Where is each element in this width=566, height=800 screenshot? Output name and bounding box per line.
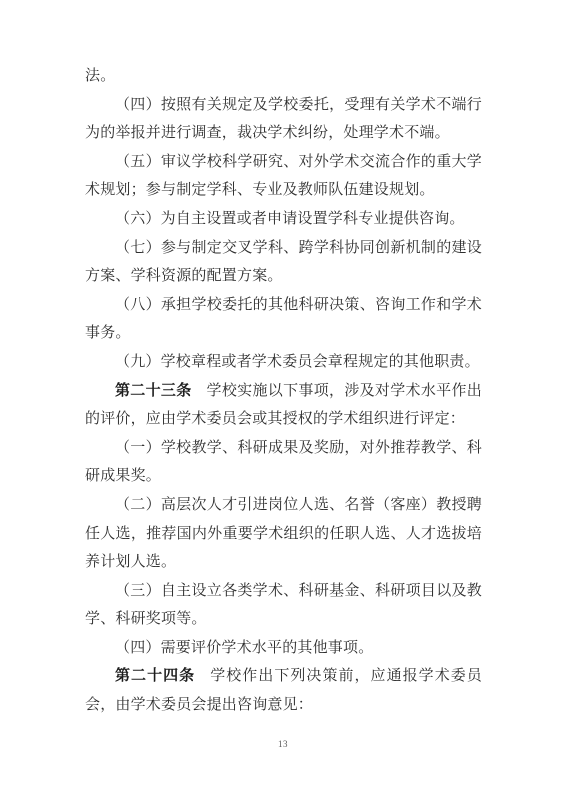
paragraph: （八）承担学校委托的其他科研决策、咨询工作和学术事务。 — [85, 291, 482, 348]
paragraph: （六）为自主设置或者申请设置学科专业提供咨询。 — [85, 205, 482, 234]
page-number: 13 — [0, 739, 566, 749]
paragraph-text: （六）为自主设置或者申请设置学科专业提供咨询。 — [115, 211, 465, 227]
paragraph-text: （七）参与制定交叉学科、跨学科协同创新机制的建设方案、学科资源的配置方案。 — [85, 240, 482, 285]
paragraph-text: 法。 — [85, 68, 115, 84]
article-number: 第二十三条 — [115, 383, 192, 399]
paragraph: （二）高层次人才引进岗位人选、名誉（客座）教授聘任人选，推荐国内外重要学术组织的… — [85, 491, 482, 577]
paragraph: （七）参与制定交叉学科、跨学科协同创新机制的建设方案、学科资源的配置方案。 — [85, 234, 482, 291]
article-number: 第二十四条 — [115, 668, 195, 684]
paragraph-text: （四）需要评价学术水平的其他事项。 — [115, 640, 373, 656]
paragraph: （四）需要评价学术水平的其他事项。 — [85, 634, 482, 663]
document-page: 法。 （四）按照有关规定及学校委托，受理有关学术不端行为的举报并进行调查，裁决学… — [0, 0, 566, 800]
paragraph: （五）审议学校科学研究、对外学术交流合作的重大学术规划；参与制定学科、专业及教师… — [85, 148, 482, 205]
paragraph-text: （八）承担学校委托的其他科研决策、咨询工作和学术事务。 — [85, 297, 482, 342]
paragraph-text: （四）按照有关规定及学校委托，受理有关学术不端行为的举报并进行调查，裁决学术纠纷… — [85, 97, 482, 142]
paragraph-text: （五）审议学校科学研究、对外学术交流合作的重大学术规划；参与制定学科、专业及教师… — [85, 154, 482, 199]
document-content: 法。 （四）按照有关规定及学校委托，受理有关学术不端行为的举报并进行调查，裁决学… — [85, 62, 482, 720]
paragraph: 法。 — [85, 62, 482, 91]
paragraph: （四）按照有关规定及学校委托，受理有关学术不端行为的举报并进行调查，裁决学术纠纷… — [85, 91, 482, 148]
paragraph: （三）自主设立各类学术、科研基金、科研项目以及教学、科研奖项等。 — [85, 577, 482, 634]
paragraph-text: （二）高层次人才引进岗位人选、名誉（客座）教授聘任人选，推荐国内外重要学术组织的… — [85, 497, 482, 570]
paragraph-text: （九）学校章程或者学术委员会章程规定的其他职责。 — [115, 354, 480, 370]
paragraph: 第二十三条学校实施以下事项，涉及对学术水平作出的评价，应由学术委员会或其授权的学… — [85, 377, 482, 434]
paragraph-text: （三）自主设立各类学术、科研基金、科研项目以及教学、科研奖项等。 — [85, 583, 482, 628]
paragraph: （九）学校章程或者学术委员会章程规定的其他职责。 — [85, 348, 482, 377]
paragraph-text: （一）学校教学、科研成果及奖励，对外推荐教学、科研成果奖。 — [85, 440, 482, 485]
paragraph: （一）学校教学、科研成果及奖励，对外推荐教学、科研成果奖。 — [85, 434, 482, 491]
paragraph: 第二十四条学校作出下列决策前，应通报学术委员会，由学术委员会提出咨询意见： — [85, 662, 482, 719]
